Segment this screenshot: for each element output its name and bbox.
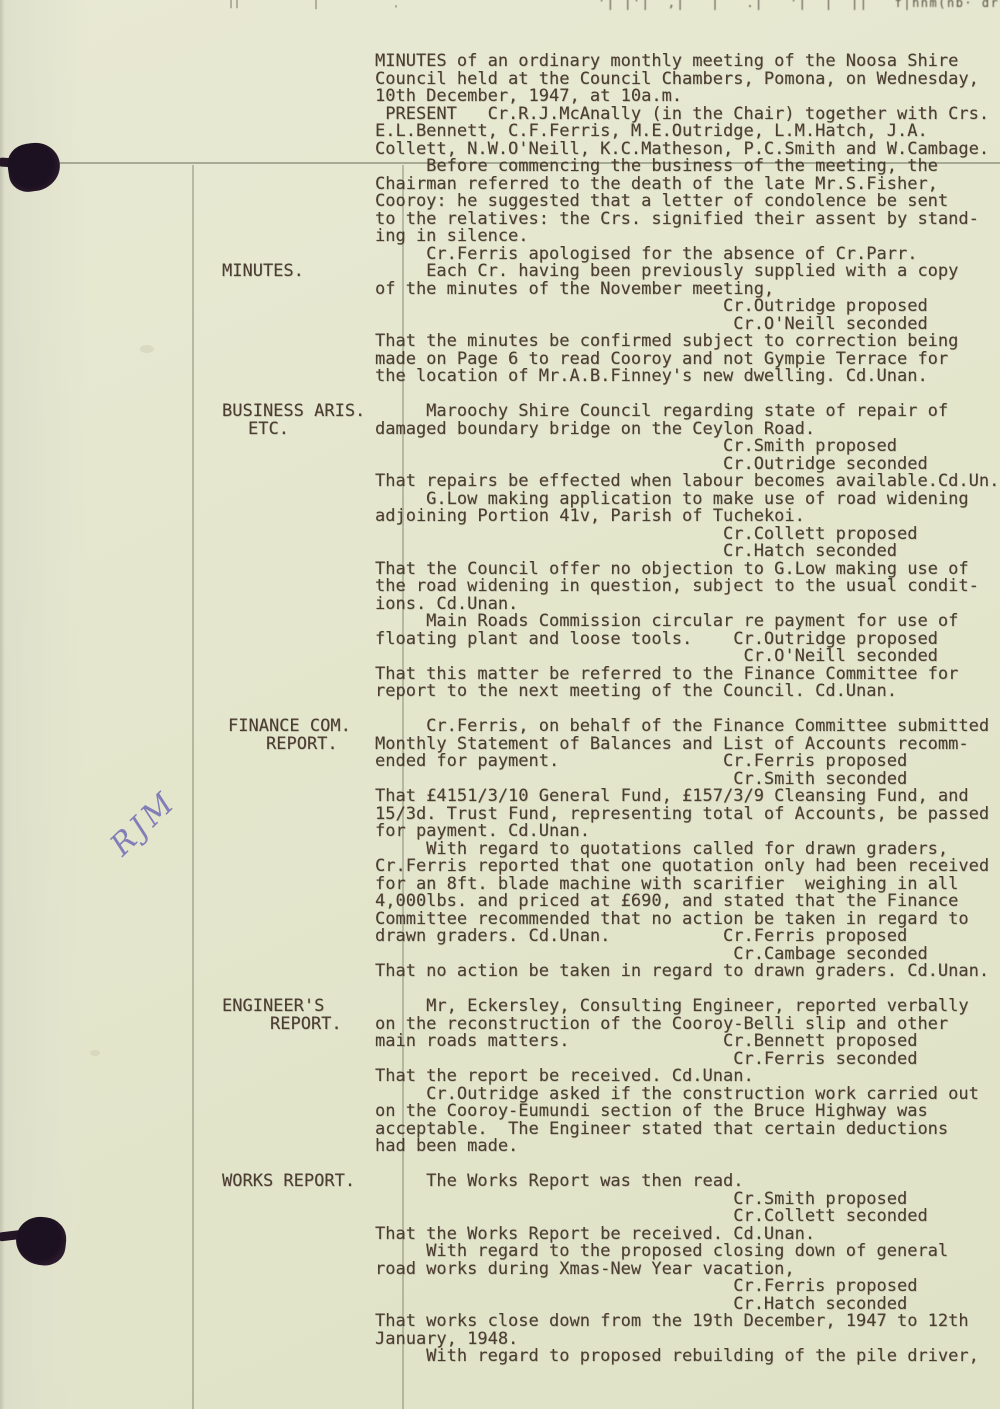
text-line: Cr.Hatch seconded — [375, 543, 1000, 561]
text-line: That works close down from the 19th Dece… — [375, 1313, 1000, 1331]
text-line: That no action be taken in regard to dra… — [375, 963, 1000, 981]
text-line: With regard to proposed rebuilding of th… — [375, 1348, 1000, 1366]
text-line: MINUTES of an ordinary monthly meeting o… — [375, 53, 1000, 71]
text-line: ing in silence. — [375, 228, 1000, 246]
margin-heading-business-1: BUSINESS ARIS. — [222, 403, 365, 421]
text-line: on the Cooroy-Eumundi section of the Bru… — [375, 1103, 1000, 1121]
text-line: Cr.O'Neill seconded — [375, 648, 1000, 666]
text-line: Maroochy Shire Council regarding state o… — [375, 403, 1000, 421]
margin-heading-engineer-2: REPORT. — [270, 1016, 342, 1034]
margin-heading-engineer-1: ENGINEER'S — [222, 998, 324, 1016]
ink-speck: ' — [393, 4, 399, 15]
text-line: That the report be received. Cd.Unan. — [375, 1068, 1000, 1086]
margin-heading-finance-1: FINANCE COM. — [228, 718, 351, 736]
text-line: 4,000lbs. and priced at £690, and stated… — [375, 893, 1000, 911]
text-line: Main Roads Commission circular re paymen… — [375, 613, 1000, 631]
text-line: had been made. — [375, 1138, 1000, 1156]
text-line: Cr.Ferris proposed — [375, 1278, 1000, 1296]
text-line: Cr.Ferris, on behalf of the Finance Comm… — [375, 718, 1000, 736]
text-line: Each Cr. having been previously supplied… — [375, 263, 1000, 281]
page-left-edge — [0, 0, 5, 1409]
minutes-page: '| |'| ,| | .| '| | || f|hnm(nb· dr gb"|… — [0, 0, 1000, 1409]
text-line: That the minutes be confirmed subject to… — [375, 333, 1000, 351]
ink-speck: || — [228, 0, 240, 9]
paper-blemish — [140, 345, 154, 353]
illegible-type-fragments: '| |'| ,| | .| '| | || f|hnm(nb· dr gb"|… — [598, 0, 998, 12]
text-line: That repairs be effected when labour bec… — [375, 473, 1000, 491]
text-line: adjoining Portion 41v, Parish of Tucheko… — [375, 508, 1000, 526]
text-line: the location of Mr.A.B.Finney's new dwel… — [375, 368, 1000, 386]
ink-speck: | — [313, 0, 319, 10]
text-line: E.L.Bennett, C.F.Ferris, M.E.Outridge, L… — [375, 123, 1000, 141]
text-line: Cr.Smith proposed — [375, 438, 1000, 456]
text-line: Before commencing the business of the me… — [375, 158, 1000, 176]
text-line: With regard to the proposed closing down… — [375, 1243, 1000, 1261]
page-left-edge-shading — [0, 0, 88, 1409]
text-line: ended for payment. Cr.Ferris proposed — [375, 753, 1000, 771]
text-line: The Works Report was then read. — [375, 1173, 1000, 1191]
margin-heading-business-2: ETC. — [248, 421, 289, 439]
margin-heading-minutes: MINUTES. — [222, 263, 304, 281]
text-line: That £4151/3/10 General Fund, £157/3/9 C… — [375, 788, 1000, 806]
text-line: for payment. Cd.Unan. — [375, 823, 1000, 841]
text-line: main roads matters. Cr.Bennett proposed — [375, 1033, 1000, 1051]
paper-blemish — [90, 1050, 100, 1056]
margin-heading-finance-2: REPORT. — [266, 736, 338, 754]
text-line: the road widening in question, subject t… — [375, 578, 1000, 596]
text-line: Cooroy: he suggested that a letter of co… — [375, 193, 1000, 211]
text-line: Cr.Ferris reported that one quotation on… — [375, 858, 1000, 876]
text-line: Cr.Collett seconded — [375, 1208, 1000, 1226]
margin-rule — [192, 165, 194, 1409]
typewritten-body-text: MINUTES of an ordinary monthly meeting o… — [375, 53, 1000, 1366]
text-line: Cr.Outridge proposed — [375, 298, 1000, 316]
handwritten-initials: RJM — [104, 784, 184, 863]
text-line: Mr, Eckersley, Consulting Engineer, repo… — [375, 998, 1000, 1016]
text-line: report to the next meeting of the Counci… — [375, 683, 1000, 701]
text-line: 10th December, 1947, at 10a.m. — [375, 88, 1000, 106]
text-line: drawn graders. Cd.Unan. Cr.Ferris propos… — [375, 928, 1000, 946]
margin-heading-works: WORKS REPORT. — [222, 1173, 355, 1191]
